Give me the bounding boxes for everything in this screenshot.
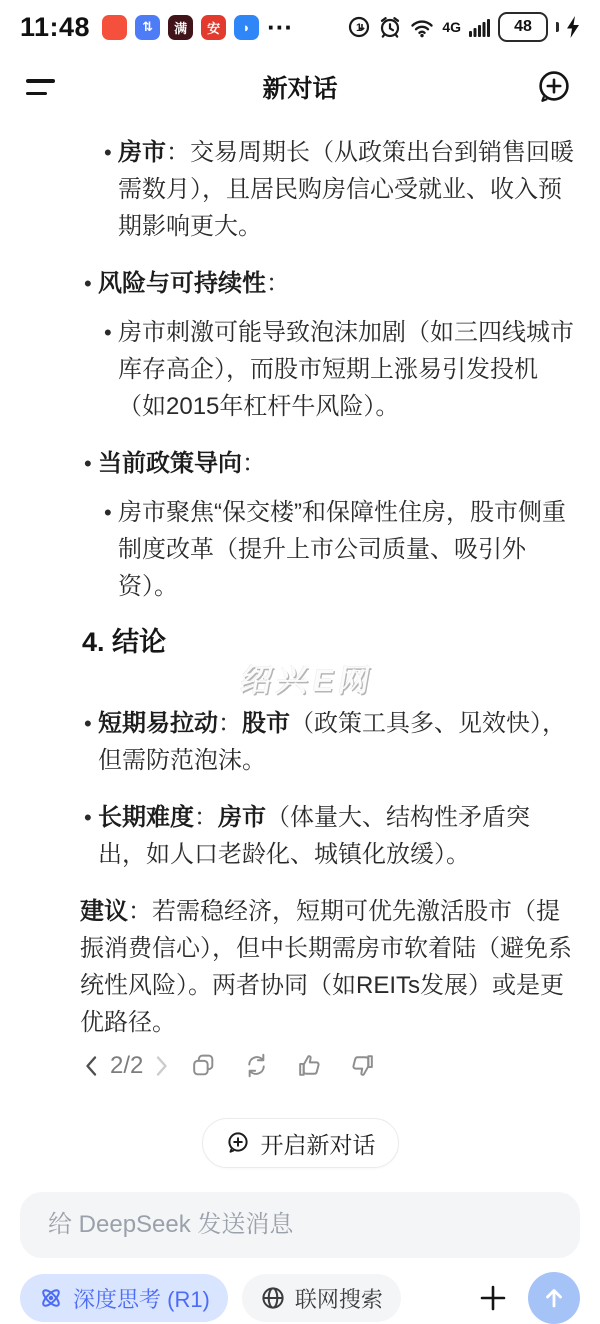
app-icon-5: ◗ [234, 15, 259, 40]
list-item-bold: 长期难度 [98, 804, 194, 831]
bullet-dot: • [104, 494, 118, 605]
deep-think-toggle[interactable]: 深度思考 (R1) [20, 1274, 228, 1322]
web-search-label: 联网搜索 [295, 1283, 383, 1314]
list-item: • 当前政策导向： [84, 445, 576, 482]
list-item-bold: 短期易拉动 [98, 710, 218, 737]
notification-app-icons: ⇅ 满 安 ◗ [102, 15, 259, 40]
response-pager: 2/2 [84, 1052, 169, 1080]
network-type-label: 4G [442, 21, 461, 33]
start-new-chat-label: 开启新对话 [261, 1127, 376, 1160]
page-indicator: 2/2 [110, 1052, 143, 1080]
message-action-bar: 2/2 [84, 1051, 600, 1080]
composer-toolbar: 深度思考 (R1) 联网搜索 [20, 1272, 580, 1324]
clock-time: 11:48 [20, 12, 90, 43]
section-heading: 4. 结论 [82, 625, 576, 659]
bullet-dot: • [104, 314, 118, 425]
bullet-dot: • [84, 705, 98, 779]
menu-icon[interactable] [26, 79, 56, 94]
message-input[interactable] [46, 1210, 554, 1240]
charging-bolt-icon [566, 15, 580, 39]
paragraph-bold: 建议 [80, 898, 128, 925]
app-icon-4: 安 [201, 15, 226, 40]
list-item: • 房市聚焦“保交楼”和保障性住房，股市侧重制度改革（提升上市公司质量、吸引外资… [104, 494, 576, 605]
start-new-chat-button[interactable]: 开启新对话 [202, 1118, 399, 1168]
bullet-dot: • [84, 799, 98, 873]
bullet-dot: • [104, 134, 118, 245]
app-icon-1 [102, 15, 127, 40]
list-item-text: ： [242, 450, 266, 477]
bullet-dot: • [84, 265, 98, 302]
paragraph-text: ：若需稳经济，短期可优先激活股市（提振消费信心），但中长期需房市软着陆（避免系统… [80, 898, 572, 1036]
paragraph: 建议：若需稳经济，短期可优先激活股市（提振消费信心），但中长期需房市软着陆（避免… [80, 893, 576, 1041]
attach-plus-icon[interactable] [472, 1274, 514, 1322]
list-item-text: ： [266, 270, 290, 297]
list-item: • 风险与可持续性： [84, 265, 576, 302]
list-item-text: 房市聚焦“保交楼”和保障性住房，股市侧重制度改革（提升上市公司质量、吸引外资）。 [118, 499, 566, 600]
battery-indicator: 48 [498, 12, 548, 42]
next-response-icon[interactable] [155, 1054, 169, 1078]
thumbs-down-icon[interactable] [348, 1051, 377, 1080]
globe-icon [260, 1285, 286, 1311]
new-chat-icon[interactable] [534, 67, 574, 107]
previous-response-icon[interactable] [84, 1054, 98, 1078]
battery-nub [556, 22, 559, 32]
copy-icon[interactable] [189, 1051, 218, 1080]
bullet-dot: • [84, 445, 98, 482]
list-item-bold: 房市 [118, 139, 166, 166]
wifi-icon [409, 15, 435, 39]
status-right-cluster: 1 4G 48 [347, 12, 580, 42]
list-item-text: ：交易周期长（从政策出台到销售回暖需数月），且居民购房信心受就业、收入预期影响更… [118, 139, 574, 240]
app-header: 新对话 [0, 54, 600, 120]
app-icon-2: ⇅ [135, 15, 160, 40]
atom-icon [38, 1285, 64, 1311]
regenerate-icon[interactable] [242, 1051, 271, 1080]
deep-think-label: 深度思考 (R1) [73, 1283, 210, 1314]
web-search-toggle[interactable]: 联网搜索 [242, 1274, 401, 1322]
list-item-bold: 房市 [218, 804, 266, 831]
thumbs-up-icon[interactable] [295, 1051, 324, 1080]
watermark-text: 绍兴E网 [76, 659, 539, 701]
new-chat-bubble-icon [225, 1130, 251, 1156]
list-item: • 短期易拉动：股市（政策工具多、见效快），但需防范泡沫。 [84, 705, 576, 779]
data-usage-icon: 1 [347, 15, 371, 39]
send-arrow-icon [541, 1285, 567, 1311]
list-item-bold: 风险与可持续性 [98, 270, 266, 297]
list-item: • 房市：交易周期长（从政策出台到销售回暖需数月），且居民购房信心受就业、收入预… [104, 134, 576, 245]
list-item-text: ： [194, 804, 218, 831]
list-item-text: 房市刺激可能导致泡沫加剧（如三四线城市库存高企），而股市短期上涨易引发投机（如2… [118, 319, 574, 420]
new-chat-row: 开启新对话 [0, 1118, 600, 1168]
list-item-text: ： [218, 710, 242, 737]
assistant-message: • 房市：交易周期长（从政策出台到销售回暖需数月），且居民购房信心受就业、收入预… [0, 120, 600, 1041]
signal-bars-icon [469, 15, 491, 39]
app-icon-3: 满 [168, 15, 193, 40]
send-button[interactable] [528, 1272, 580, 1324]
alarm-icon [378, 15, 402, 39]
message-input-container [20, 1192, 580, 1258]
page-title: 新对话 [0, 69, 600, 105]
list-item: • 房市刺激可能导致泡沫加剧（如三四线城市库存高企），而股市短期上涨易引发投机（… [104, 314, 576, 425]
list-item-bold: 当前政策导向 [98, 450, 242, 477]
list-item: • 长期难度：房市（体量大、结构性矛盾突出，如人口老龄化、城镇化放缓）。 [84, 799, 576, 873]
more-notifications-indicator: ··· [267, 22, 293, 32]
list-item-bold: 股市 [242, 710, 290, 737]
status-bar: 11:48 ⇅ 满 安 ◗ ··· 1 4G 48 [0, 0, 600, 54]
